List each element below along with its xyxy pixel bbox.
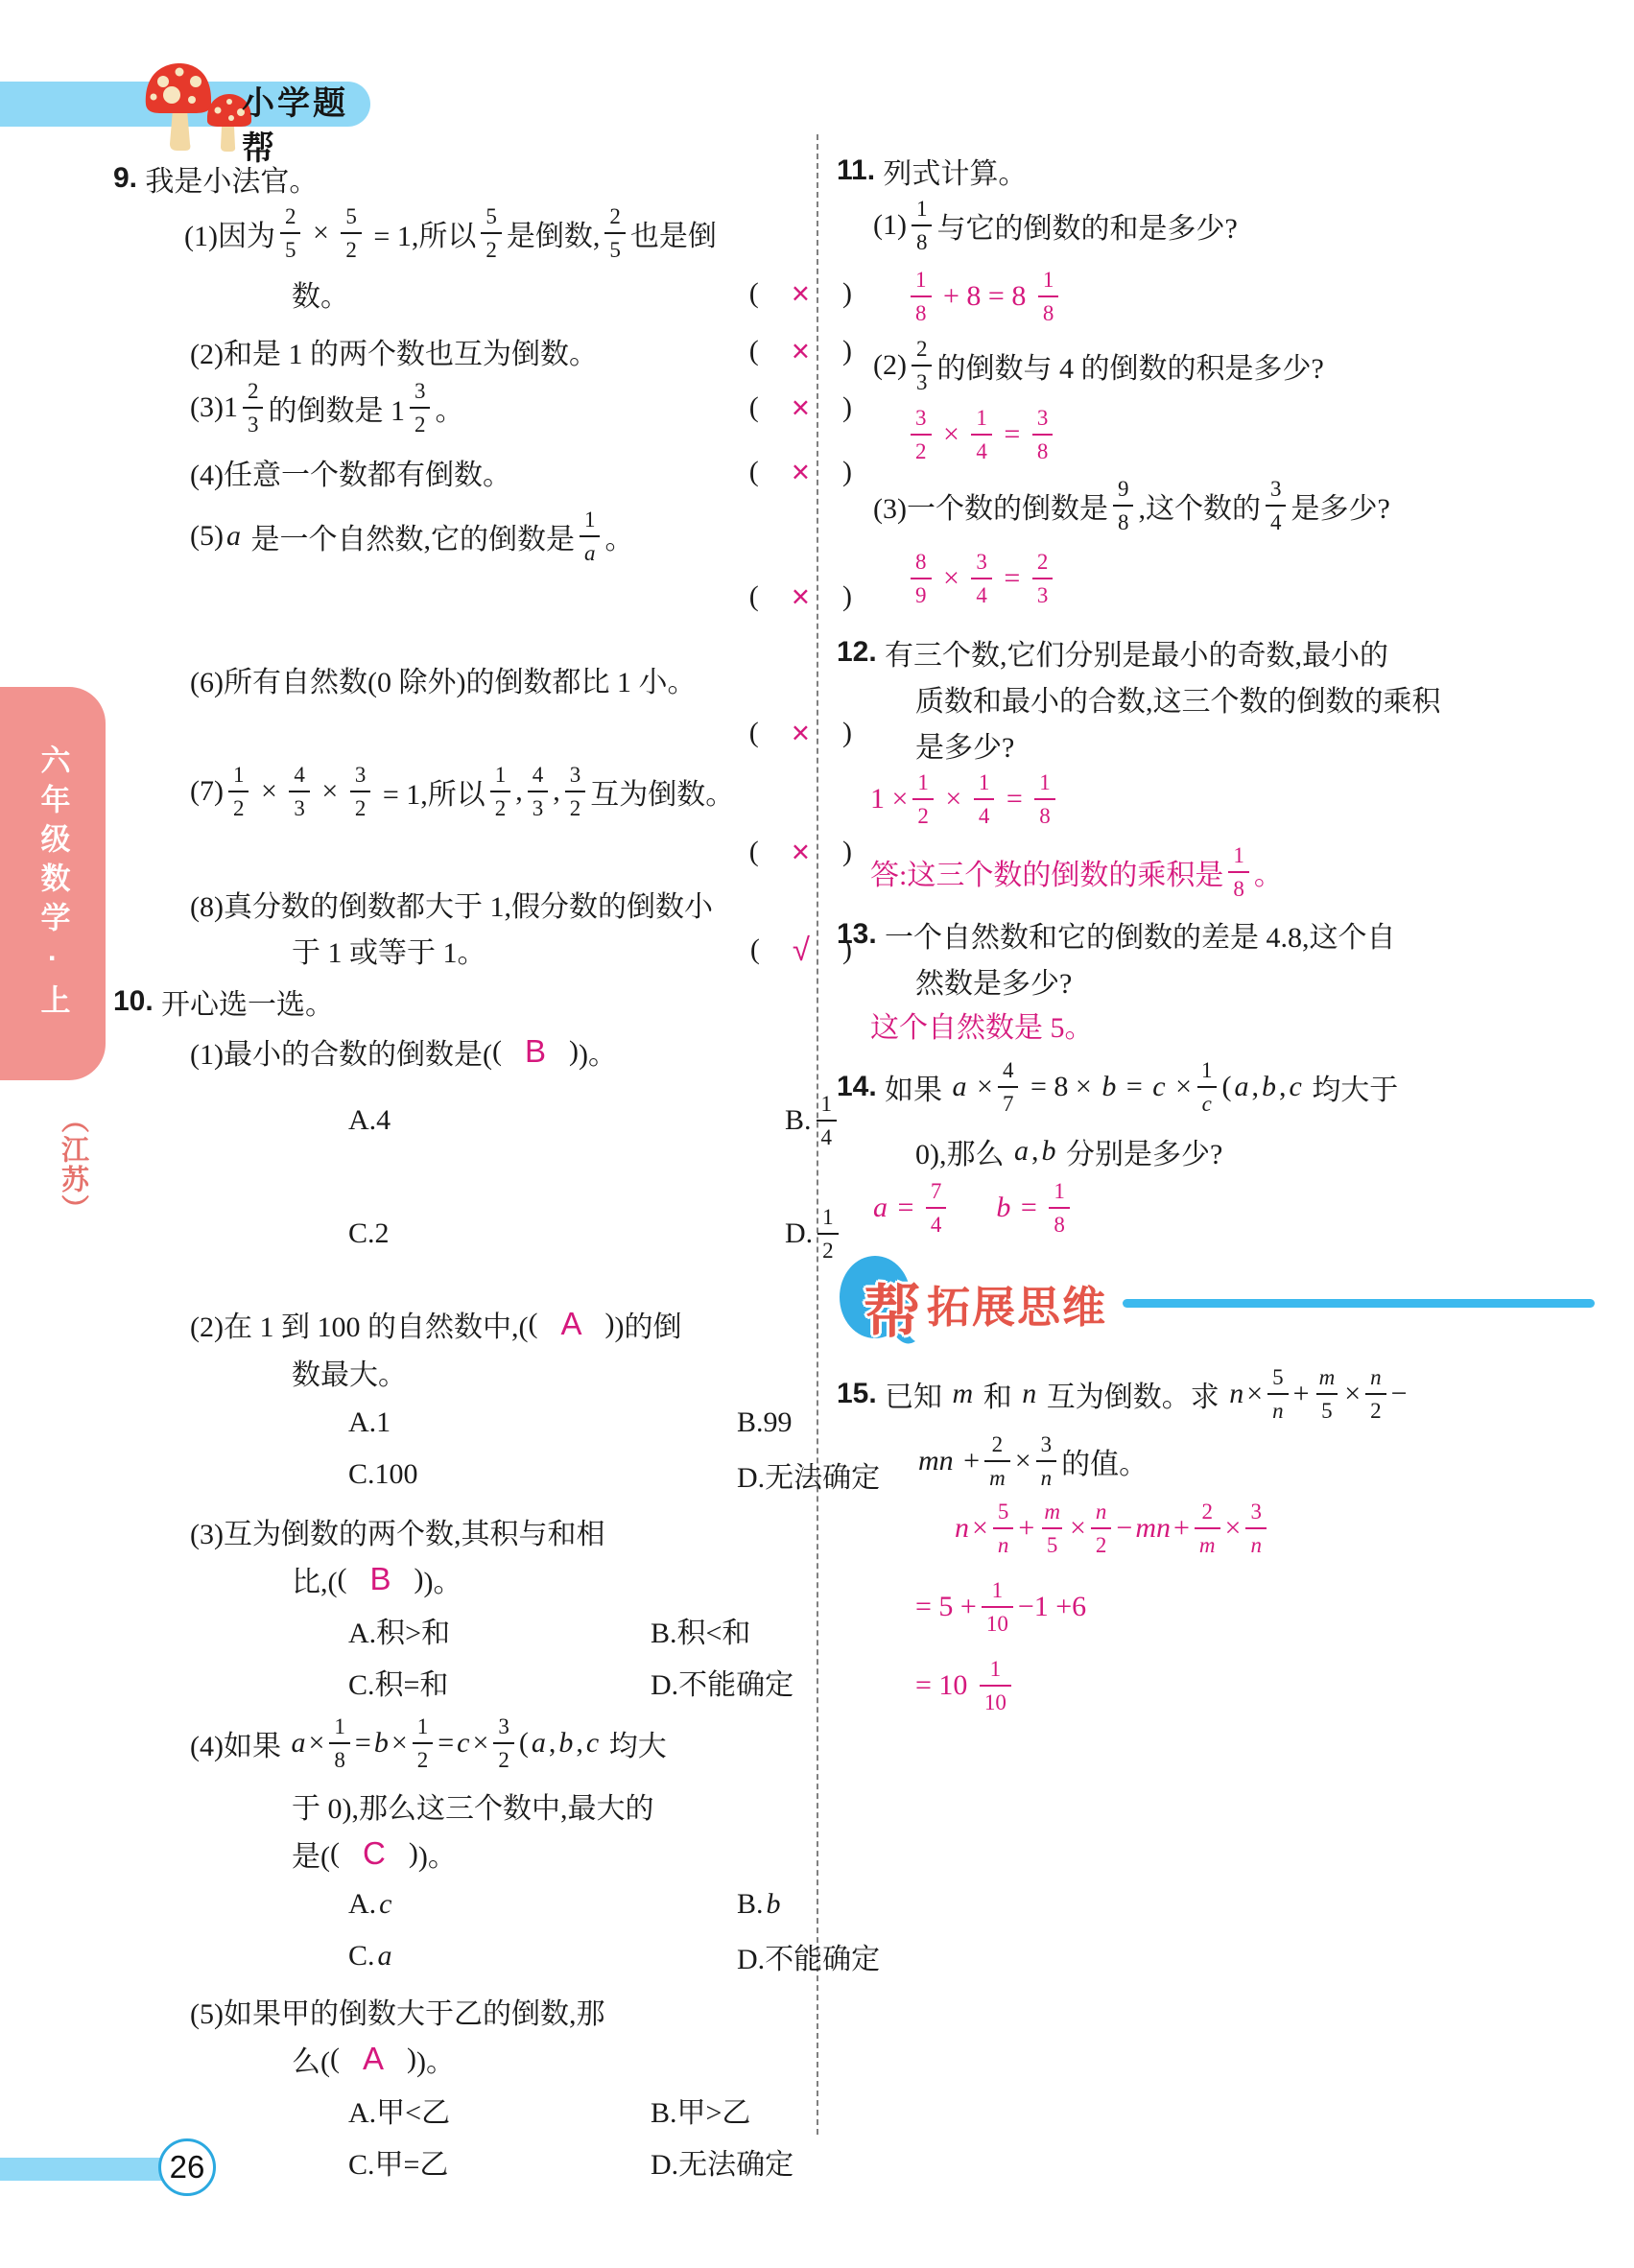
text-run: = [999,783,1030,815]
content-line: 数最大。 [113,1351,825,1393]
text-run: ( [519,1727,529,1760]
problem-number: 13. [837,918,885,951]
text-run: (7) [190,775,224,808]
line-text: 是((C))。 [113,1832,457,1875]
right-column: 11. 列式计算。(1)18与它的倒数的和是多少?18 + 8 = 8 18(2… [837,142,1595,1713]
content-line: 这个自然数是 5。 [837,1004,1595,1046]
fraction: 34 [1266,478,1287,533]
text-run: × [936,418,967,451]
line-text: 13. 一个自然数和它的倒数的差是 4.8,这个自 [837,913,1396,956]
choice-option: A.1 [348,1406,391,1439]
brand-title: 小学题帮 [242,82,370,127]
text-run: , [549,1727,557,1760]
variable: a [1011,1135,1031,1168]
fraction: 89 [911,551,932,606]
line-text: (3)一个数的倒数是98,这个数的34是多少? [837,478,1390,533]
line-text: (1)最小的合数的倒数是((B))。 [113,1030,617,1073]
variable: a [375,1940,395,1973]
variable: a [1231,1071,1251,1103]
fraction: 32 [911,407,932,462]
fraction: 43 [528,764,549,819]
variable: b [764,1888,784,1921]
choice-option: D.12 [785,1206,843,1262]
content-line: (1)18与它的倒数的和是多少? [837,198,1595,253]
sidebar-tab: 六年级数学·上 [0,687,106,1080]
fraction: 18 [1049,1180,1070,1236]
text-run: D.不能确定 [651,1661,793,1703]
text-run: × [972,1512,988,1545]
text-run: 的倒数是 1 [268,387,405,429]
line-text: 10. 开心选一选。 [113,980,334,1023]
variable: c [1149,1071,1168,1103]
content-line: 11. 列式计算。 [837,150,1595,192]
fraction: 74 [926,1180,947,1236]
fraction: 52 [341,205,362,261]
mushrooms-icon [140,59,257,157]
content-line: 14. 如果 a ×47 = 8 × b = c ×1c(a,b,c 均大于 [837,1059,1595,1115]
line-text: (5)a 是一个自然数,它的倒数是1a。 [113,508,633,564]
line-text: 14. 如果 a ×47 = 8 × b = c ×1c(a,b,c 均大于 [837,1059,1398,1115]
text-run: 如果 [885,1066,950,1108]
line-text: 于 0),那么这三个数中,最大的 [113,1784,654,1827]
problem-number: 10. [113,985,161,1018]
fraction: 1c [1196,1059,1218,1115]
text-run: − [1116,1512,1132,1545]
text-run: 分别是多少? [1059,1130,1223,1172]
variable: a [288,1727,308,1760]
text-run: A.积>和 [348,1609,450,1651]
text-run: × [970,1071,993,1103]
choice-answer-letter: (C) [330,1835,418,1872]
text-run: , [1031,1135,1039,1168]
content-line: 是((C))。 [113,1832,825,1875]
content-line: (8)真分数的倒数都大于 1,假分数的倒数小 [113,883,825,925]
fraction: 38 [1032,407,1054,462]
text-run: 列式计算。 [883,150,1027,192]
content-line: 32 × 14 = 38 [837,407,1595,462]
content-line: (5)如果甲的倒数大于乙的倒数,那 [113,1990,825,2032]
text-run: = 8 × [1023,1071,1099,1103]
problem-number: 15. [837,1378,885,1410]
variable: a [529,1727,549,1760]
fraction: 12 [413,1715,434,1771]
text-run: , [515,775,523,808]
content-line: A.cB.b [113,1882,825,1926]
section-title: 拓展思维 [927,1272,1107,1335]
choice-answer-letter: (A) [528,1306,614,1342]
line-text: (5)如果甲的倒数大于乙的倒数,那 [113,1990,604,2032]
text-run: , [576,1727,583,1760]
content-line: 于 1 或等于 1。(√) [113,929,825,971]
choice-option: A.甲<乙 [348,2089,450,2131]
text-run: 0),那么 [915,1130,1011,1172]
text-run: B.甲>乙 [651,2089,750,2131]
fraction: 23 [912,338,933,393]
text-run: 我是小法官。 [145,157,318,200]
variable: c [1286,1071,1304,1103]
line-text: 这个自然数是 5。 [837,1004,1094,1046]
text-run: 。 [435,387,463,429]
content-line: (3)互为倒数的两个数,其积与和相 [113,1510,825,1552]
answer-value: B [525,1033,546,1070]
text-run: ( [1221,1071,1231,1103]
text-run: × [1070,1512,1086,1545]
text-run: 于 0),那么这三个数中,最大的 [292,1784,654,1827]
text-run: (2) [873,349,907,382]
line-text: a = 74b = 18 [837,1180,1075,1236]
fraction: 32 [493,1715,514,1771]
variable: n [952,1512,972,1545]
content-line: 么((A))。 [113,2038,825,2080]
text-run: (3)一个数的倒数是 [873,484,1108,527]
fraction: 14 [971,407,992,462]
text-run: 与它的倒数的和是多少? [936,204,1237,247]
text-run: (4)如果 [190,1722,288,1764]
text-run: D. [785,1217,813,1250]
fraction: 18 [329,1715,350,1771]
fraction: 43 [289,764,310,819]
fraction: 12 [228,764,249,819]
content-line: 18 + 8 = 8 18 [837,269,1595,324]
content-line: a = 74b = 18 [837,1180,1595,1236]
answer-value: × [792,275,810,312]
text-run: , [1251,1071,1259,1103]
content-line: (4)如果 a×18=b×12=c×32(a,b,c 均大 [113,1715,825,1771]
content-line: A.4B.14 [113,1084,825,1157]
content-line: A.积>和B.积<和 [113,1608,825,1652]
text-run: + [957,1445,980,1477]
text-run: 一个自然数和它的倒数的差是 4.8,这个自 [885,913,1396,956]
text-run: × [1015,1445,1031,1477]
text-run: 互为倒数。求 [1039,1373,1226,1415]
line-text: (6)所有自然数(0 除外)的倒数都比 1 小。 [113,658,696,700]
content-line: 13. 一个自然数和它的倒数的差是 4.8,这个自 [837,913,1595,956]
fraction: 110 [982,1579,1013,1635]
choice-option: B.甲>乙 [651,2089,750,2131]
variable: n [1019,1378,1039,1410]
choice-option: B.99 [737,1406,793,1439]
content-line: (5)a 是一个自然数,它的倒数是1a。 [113,508,825,564]
line-text: 数。 [113,272,349,315]
fraction: n2 [1091,1500,1112,1556]
footer-bar [0,2158,179,2181]
fraction: m5 [1314,1366,1340,1422]
line-text: 是多少? [837,723,1014,766]
left-column: 9. 我是小法官。(1)因为25 × 52 = 1,所以52是倒数,25也是倒数… [113,152,825,2184]
text-run: 有三个数,它们分别是最小的奇数,最小的 [885,631,1388,673]
text-run: A. [348,1888,376,1921]
variable: b [1099,1071,1119,1103]
text-run: 已知 [885,1373,950,1415]
line-text: mn +2m×3n的值。 [837,1433,1148,1489]
choice-option: C.100 [348,1458,418,1491]
answer-value: √ [793,932,810,968]
fraction: 12 [490,764,511,819]
text-run: 然数是多少? [915,959,1072,1002]
choice-option: C.2 [348,1217,390,1250]
fraction: 14 [817,1093,838,1148]
expand-section-header: 帮拓展思维 [837,1253,1595,1353]
choice-option: B.积<和 [651,1609,750,1651]
line-text: 12. 有三个数,它们分别是最小的奇数,最小的 [837,631,1388,673]
sidebar-region-label: （江苏） [54,1105,93,1224]
text-run: + [1018,1512,1034,1545]
variable: c [583,1727,602,1760]
line-text: 89 × 34 = 23 [837,551,1057,606]
line-text: (3)互为倒数的两个数,其积与和相 [113,1510,604,1552]
text-run: B. [737,1888,764,1921]
text-run: 也是倒 [630,212,717,254]
text-run: × [305,217,336,249]
text-run: = [1119,1071,1149,1103]
fraction: 34 [971,551,992,606]
content-line: (×) [113,831,825,873]
fraction: 52 [481,205,502,261]
content-line: 然数是多少? [837,959,1595,1002]
content-line: 是多少? [837,723,1595,766]
fraction: 18 [1034,771,1055,827]
text-run: × [1246,1378,1263,1410]
line-text: 么((A))。 [113,2038,455,2080]
text-run: × [936,562,967,595]
section-badge-label: 帮 [864,1266,921,1349]
line-text: (8)真分数的倒数都大于 1,假分数的倒数小 [113,883,713,925]
text-run: 数最大。 [292,1351,407,1393]
fraction: 3n [1036,1433,1057,1489]
variable: n [1226,1378,1246,1410]
text-run: = [997,562,1028,595]
line-text: 答:这三个数的倒数的乘积是18。 [837,844,1283,900]
content-line: (2)和是 1 的两个数也互为倒数。(×) [113,330,825,372]
variable: c [454,1727,472,1760]
fraction: 5n [1267,1366,1289,1422]
answer-value: C [363,1835,386,1872]
problem-number: 11. [837,154,883,187]
answer-value: A [560,1306,581,1342]
choice-option: C.积=和 [348,1661,448,1703]
text-run: (5) [190,520,224,553]
content-line: (3)一个数的倒数是98,这个数的34是多少? [837,478,1595,533]
fraction: 23 [1032,551,1054,606]
content-line: (2)在 1 到 100 的自然数中,((A))的倒 [113,1303,825,1345]
text-run: × [1225,1512,1242,1545]
content-line: (7)12 × 43 × 32 = 1,所以12,43,32互为倒数。 [113,764,825,819]
text-run: B.积<和 [651,1609,750,1651]
text-run: = 1,所以 [367,212,476,254]
text-run: D.无法确定 [651,2140,793,2183]
text-run: = [355,1727,371,1760]
content-line: C.2D.12 [113,1197,825,1270]
content-line: (4)任意一个数都有倒数。(×) [113,451,825,493]
fraction: 25 [604,205,626,261]
answer-value: B [370,1561,391,1597]
line-text: (2)和是 1 的两个数也互为倒数。 [113,330,598,372]
text-run: (1)因为 [184,212,275,254]
content-line: = 10 110 [837,1658,1595,1713]
choice-option: D.不能确定 [737,1935,880,1977]
line-text: 11. 列式计算。 [837,150,1027,192]
text-run: = 10 [915,1669,975,1702]
page-number-badge: 26 [158,2138,216,2196]
text-run: 均大于 [1305,1066,1399,1108]
fraction: 32 [350,764,371,819]
text-run: 是多少? [1291,484,1389,527]
text-run: = [438,1727,454,1760]
content-line: (6)所有自然数(0 除外)的倒数都比 1 小。 [113,658,825,700]
text-run: 。 [604,515,633,557]
variable: b [556,1727,576,1760]
text-run: 答:这三个数的倒数的乘积是 [870,851,1223,893]
content-line: A.甲<乙B.甲>乙 [113,2088,825,2132]
fraction: 14 [974,771,995,827]
text-run: = [1013,1192,1044,1224]
line-text: 然数是多少? [837,959,1072,1002]
text-run: D.不能确定 [737,1935,880,1977]
content-line: 质数和最小的合数,这三个数的倒数的乘积 [837,677,1595,720]
text-run: (2)和是 1 的两个数也互为倒数。 [190,330,598,372]
line-text: 于 1 或等于 1。 [113,929,486,971]
section-underline [1123,1299,1595,1308]
header-bar: 小学题帮 [0,82,370,127]
content-line: = 5 +110−1 +6 [837,1579,1595,1635]
line-text: 9. 我是小法官。 [113,157,318,200]
text-run: + [1293,1378,1310,1410]
text-run: (1) [873,209,907,242]
fraction: 12 [912,771,934,827]
text-run: 的倒数与 4 的倒数的积是多少? [936,344,1323,387]
fraction: 5n [993,1500,1014,1556]
text-run: + [1173,1512,1190,1545]
text-run: − [1391,1378,1408,1410]
line-text: 32 × 14 = 38 [837,407,1057,462]
fraction: 18 [1228,844,1249,900]
text-run: 。 [1254,851,1283,893]
fraction: 47 [998,1059,1019,1115]
fraction: 18 [911,269,932,324]
text-run: C.甲=乙 [348,2140,448,2183]
content-line: 0),那么 a,b 分别是多少? [837,1130,1595,1172]
choice-option: C.a [348,1940,395,1973]
line-text: (2)在 1 到 100 的自然数中,((A))的倒 [113,1303,682,1345]
content-line: 数。(×) [113,272,825,315]
variable: a [870,1192,890,1224]
content-line: C.积=和D.不能确定 [113,1660,825,1704]
variable: b [993,1192,1013,1224]
text-run: (4)任意一个数都有倒数。 [190,451,511,493]
text-run: = [890,1192,921,1224]
text-run: (3)1 [190,391,238,424]
content-line: 12. 有三个数,它们分别是最小的奇数,最小的 [837,631,1595,673]
fraction: 25 [280,205,301,261]
line-text: 比,((B))。 [113,1558,462,1600]
choice-option: B.b [737,1888,784,1921]
text-run: A.4 [348,1104,391,1137]
text-run: × [1344,1378,1361,1410]
text-run: = 1,所以 [375,770,485,813]
text-run: 质数和最小的合数,这三个数的倒数的乘积 [915,677,1441,720]
content-line: 15. 已知 m 和 n 互为倒数。求 n×5n+m5×n2− [837,1366,1595,1422]
text-run: (3)互为倒数的两个数,其积与和相 [190,1510,604,1552]
text-run: (5)如果甲的倒数大于乙的倒数,那 [190,1990,604,2032]
answer-value: × [792,333,810,369]
text-run: )。 [424,1558,462,1600]
variable: m [950,1378,977,1410]
content-line: 9. 我是小法官。 [113,157,825,200]
text-run: × [315,775,345,808]
text-run: 于 1 或等于 1。 [292,929,486,971]
choice-option: C.甲=乙 [348,2140,448,2183]
choice-option: D.不能确定 [651,1661,793,1703]
line-text: 质数和最小的合数,这三个数的倒数的乘积 [837,677,1441,720]
variable: a [950,1071,970,1103]
content-line: 帮拓展思维 [837,1253,1595,1353]
line-text: (1)因为25 × 52 = 1,所以52是倒数,25也是倒 [113,205,717,261]
choice-option: A.c [348,1888,395,1921]
text-run: 么( [292,2038,330,2080]
content-line: n×5n+m5×n2−mn+2m×3n [837,1500,1595,1556]
variable: a [224,520,244,553]
text-run: (2)在 1 到 100 的自然数中,( [190,1303,528,1345]
text-run: ,这个数的 [1138,484,1261,527]
answer-value: × [792,834,810,870]
variable: mn [1132,1512,1173,1545]
fraction: 32 [565,764,586,819]
text-run: × [308,1727,324,1760]
fraction: m5 [1039,1500,1065,1556]
line-text: (7)12 × 43 × 32 = 1,所以12,43,32互为倒数。 [113,764,734,819]
fraction: 32 [410,380,431,436]
fraction: 98 [1113,478,1134,533]
content-line: (1)最小的合数的倒数是((B))。 [113,1030,825,1073]
content-line: C.甲=乙D.无法确定 [113,2139,825,2184]
content-line: (×) [113,712,825,754]
text-run: )。 [416,2038,455,2080]
text-run: 这个自然数是 5。 [870,1004,1094,1046]
text-run: (8)真分数的倒数都大于 1,假分数的倒数小 [190,883,713,925]
text-run: −1 +6 [1018,1591,1086,1623]
choice-option: B.14 [785,1093,841,1148]
answer-value: A [363,2041,384,2077]
line-text: 18 + 8 = 8 18 [837,269,1063,324]
text-run: B.99 [737,1406,793,1439]
line-text: 15. 已知 m 和 n 互为倒数。求 n×5n+m5×n2− [837,1366,1408,1422]
line-text: = 5 +110−1 +6 [837,1579,1086,1635]
choice-answer-letter: (B) [492,1033,579,1070]
line-text: n×5n+m5×n2−mn+2m×3n [837,1500,1271,1556]
choice-option: A.积>和 [348,1609,450,1651]
text-run: + 8 = 8 [936,280,1033,313]
text-run: )。 [418,1832,457,1875]
answer-value: × [792,390,810,426]
content-line: (1)因为25 × 52 = 1,所以52是倒数,25也是倒 [113,205,825,261]
content-line: 89 × 34 = 23 [837,551,1595,606]
text-run: B. [785,1104,812,1137]
variable: mn [915,1445,957,1477]
answer-value: × [792,579,810,615]
text-run: A.1 [348,1406,391,1439]
text-run: C.2 [348,1217,390,1250]
fraction: 1a [580,508,601,564]
text-run: (6)所有自然数(0 除外)的倒数都比 1 小。 [190,658,696,700]
text-run: )。 [579,1030,617,1073]
text-run: 均大 [602,1722,667,1764]
content-line: 于 0),那么这三个数中,最大的 [113,1784,825,1827]
text-run: × [391,1727,408,1760]
text-run: × [1169,1071,1192,1103]
content-line: 10. 开心选一选。 [113,980,825,1023]
text-run: 1 × [870,783,908,815]
fraction: 2m [984,1433,1010,1489]
